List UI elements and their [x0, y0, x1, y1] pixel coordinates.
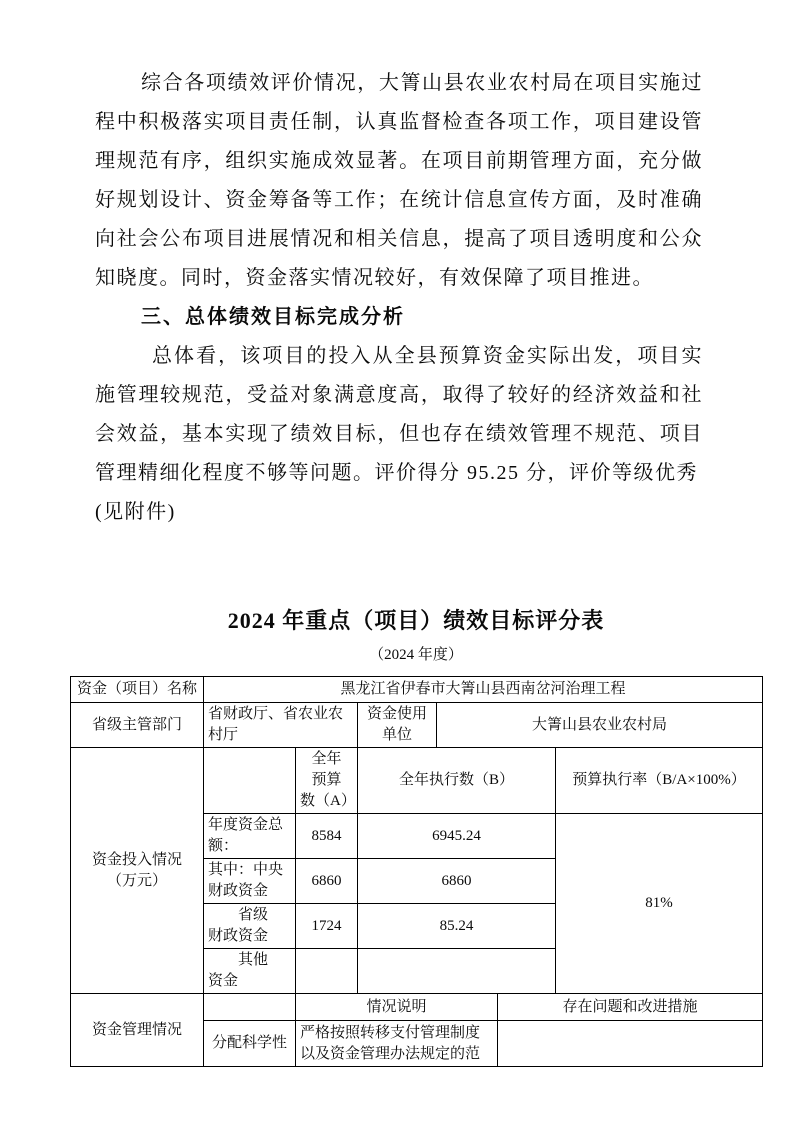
performance-scoring-table: 资金（项目）名称 黑龙江省伊春市大箐山县西南岔河治理工程 省级主管部门 省财政厅…: [70, 676, 763, 1067]
paragraph-overall-evaluation: 综合各项绩效评价情况，大箐山县农业农村局在项目实施过程中积极落实项目责任制，认真…: [95, 64, 703, 298]
row-other-label-cell: 其他 资金: [204, 949, 296, 994]
paragraph-target-completion-analysis: 总体看，该项目的投入从全县预算资金实际出发，项目实施管理较规范，受益对象满意度高…: [95, 337, 703, 493]
manage-section-label-cell: 资金管理情况: [71, 994, 204, 1067]
body-text-block: 综合各项绩效评价情况，大箐山县农业农村局在项目实施过程中积极落实项目责任制，认真…: [95, 64, 703, 532]
empty-cell: [204, 994, 296, 1021]
row-total-exec-cell: 6945.24: [358, 814, 556, 859]
invest-section-label-cell: 资金投入情况 （万元）: [71, 748, 204, 994]
dept-value-cell: 省财政厅、省农业农 村厅: [204, 703, 358, 748]
exec-rate-value-cell: 81%: [556, 814, 763, 994]
row-other-exec-cell: [358, 949, 556, 994]
alloc-label-cell: 分配科学性: [204, 1021, 296, 1067]
scoring-table-title: 2024 年重点（项目）绩效目标评分表: [70, 606, 762, 636]
fund-user-label-cell: 资金使用 单位: [358, 703, 437, 748]
row-total-label-cell: 年度资金总 额：: [204, 814, 296, 859]
fund-user-value-cell: 大箐山县农业农村局: [437, 703, 763, 748]
row-central-exec-cell: 6860: [358, 859, 556, 904]
row-central-label-cell: 其中：中央 财政资金: [204, 859, 296, 904]
row-other-budget-cell: [296, 949, 358, 994]
alloc-situation-cell: 严格按照转移支付管理制度 以及资金管理办法规定的范: [296, 1021, 498, 1067]
appendix-note: (见附件): [95, 493, 703, 532]
row-provincial-label-cell: 省级 财政资金: [204, 904, 296, 949]
dept-label-cell: 省级主管部门: [71, 703, 204, 748]
row-central-budget-cell: 6860: [296, 859, 358, 904]
col-header-budget-cell: 全年 预算 数（A）: [296, 748, 358, 814]
col-header-rate-cell: 预算执行率（B/A×100%）: [556, 748, 763, 814]
document-page: 综合各项绩效评价情况，大箐山县农业农村局在项目实施过程中积极落实项目责任制，认真…: [0, 0, 793, 1122]
row-provincial-budget-cell: 1724: [296, 904, 358, 949]
alloc-issues-cell: [498, 1021, 763, 1067]
table-row: 资金管理情况 情况说明 存在问题和改进措施: [71, 994, 763, 1021]
project-name-value-cell: 黑龙江省伊春市大箐山县西南岔河治理工程: [204, 677, 763, 703]
col-header-exec-cell: 全年执行数（B）: [358, 748, 556, 814]
empty-cell: [204, 748, 296, 814]
row-provincial-exec-cell: 85.24: [358, 904, 556, 949]
table-title-block: 2024 年重点（项目）绩效目标评分表 （2024 年度）: [70, 606, 762, 665]
table-row: 资金投入情况 （万元） 全年 预算 数（A） 全年执行数（B） 预算执行率（B/…: [71, 748, 763, 814]
row-total-budget-cell: 8584: [296, 814, 358, 859]
scoring-table-subtitle: （2024 年度）: [70, 645, 762, 665]
situation-header-cell: 情况说明: [296, 994, 498, 1021]
section-heading-overall-target-analysis: 三、总体绩效目标完成分析: [95, 298, 703, 337]
issues-header-cell: 存在问题和改进措施: [498, 994, 763, 1021]
project-name-label-cell: 资金（项目）名称: [71, 677, 204, 703]
table-row: 资金（项目）名称 黑龙江省伊春市大箐山县西南岔河治理工程: [71, 677, 763, 703]
table-row: 省级主管部门 省财政厅、省农业农 村厅 资金使用 单位 大箐山县农业农村局: [71, 703, 763, 748]
